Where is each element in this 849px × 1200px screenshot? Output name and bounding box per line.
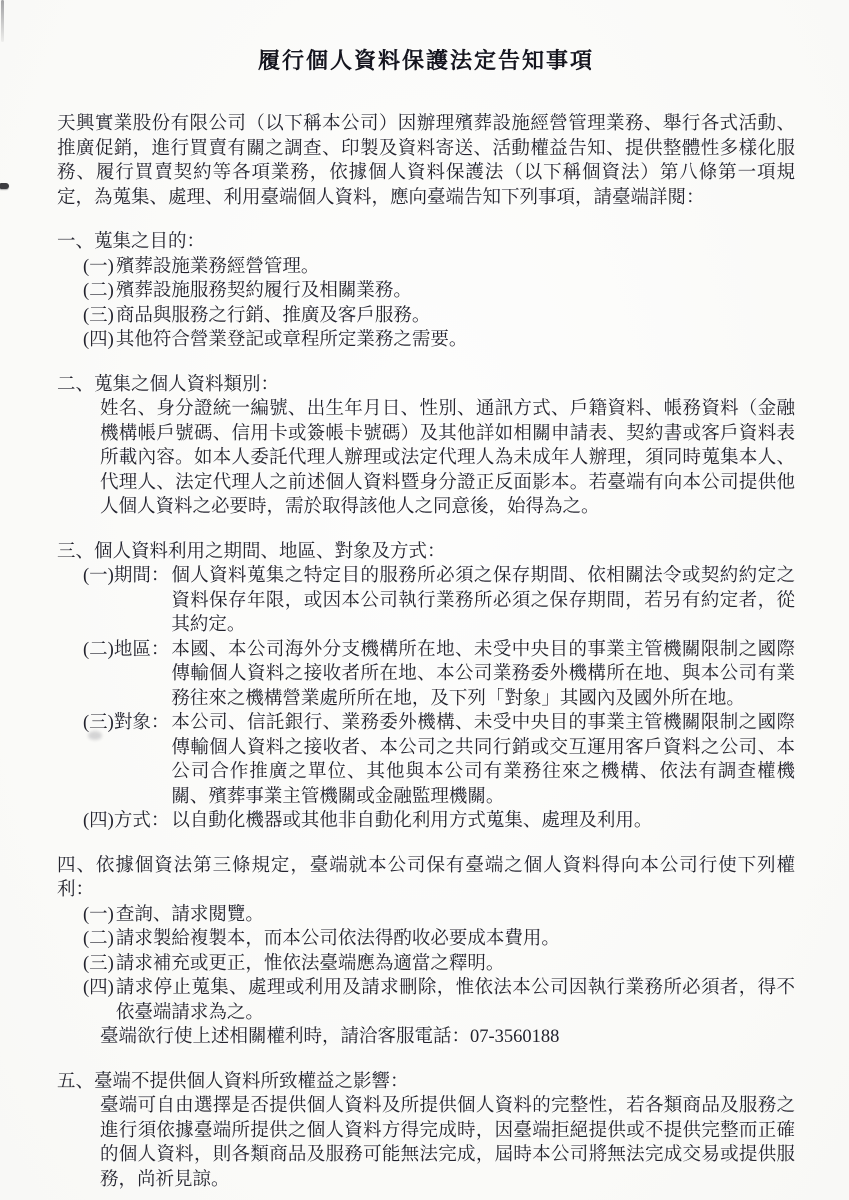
scan-artifact-edge-dash <box>0 183 9 189</box>
list-item: (三)對象： 本公司、信託銀行、業務委外機構、未受中央目的事業主管機關限制之國際… <box>57 711 795 809</box>
scanned-document-page: 履行個人資料保護法定告知事項 天興實業股份有限公司（以下稱本公司）因辦理殯葬設施… <box>0 0 849 1200</box>
list-item: (二) 殯葬設施服務契約履行及相關業務。 <box>57 279 795 304</box>
list-item: (一) 查詢、請求閱覽。 <box>57 903 795 928</box>
list-item-label: (四) <box>83 328 114 353</box>
list-item-label: (一) <box>83 255 114 280</box>
list-item-text: 請求製給複製本，而本公司依法得酌收必要成本費用。 <box>116 927 795 952</box>
section-body: 臺端可自由選擇是否提供個人資料及所提供個人資料的完整性，若各類商品及服務之進行須… <box>100 1094 795 1192</box>
list-item-text: 本公司、信託銀行、業務委外機構、未受中央目的事業主管機關限制之國際傳輸個人資料之… <box>171 711 795 809</box>
list-item-label: (二) <box>83 927 114 952</box>
list-item-text: 殯葬設施業務經營管理。 <box>116 255 795 280</box>
section-usage-scope: 三、個人資料利用之期間、地區、對象及方式： (一)期間： 個人資料蒐集之特定目的… <box>57 540 795 834</box>
list-item-label: (四)方式： <box>83 809 169 834</box>
document-title: 履行個人資料保護法定告知事項 <box>57 46 795 76</box>
list-item: (一) 殯葬設施業務經營管理。 <box>57 255 795 280</box>
list-item-label: (四) <box>83 976 114 1025</box>
list-item-text: 請求補充或更正，惟依法臺端應為適當之釋明。 <box>116 952 795 977</box>
list-item-label: (一) <box>83 903 114 928</box>
list-item: (三) 商品與服務之行銷、推廣及客戶服務。 <box>57 304 795 329</box>
section-body: 姓名、身分證統一編號、出生年月日、性別、通訊方式、戶籍資料、帳務資料（金融機構帳… <box>100 397 795 520</box>
list-item: (三) 請求補充或更正，惟依法臺端應為適當之釋明。 <box>57 952 795 977</box>
list-item-label: (二) <box>83 279 114 304</box>
list-item: (四) 其他符合營業登記或章程所定業務之需要。 <box>57 328 795 353</box>
list-item-text: 殯葬設施服務契約履行及相關業務。 <box>116 279 795 304</box>
list-item-label: (三)對象： <box>83 711 169 809</box>
list-item: (四) 請求停止蒐集、處理或利用及請求刪除，惟依法本公司因執行業務所必須者，得不… <box>57 976 795 1025</box>
list-item-label: (三) <box>83 304 114 329</box>
list-item-text: 其他符合營業登記或章程所定業務之需要。 <box>116 328 795 353</box>
intro-paragraph: 天興實業股份有限公司（以下稱本公司）因辦理殯葬設施經營管理業務、舉行各式活動、推… <box>57 112 795 210</box>
section-data-categories: 二、蒐集之個人資料類別： 姓名、身分證統一編號、出生年月日、性別、通訊方式、戶籍… <box>57 373 795 520</box>
section-collection-purpose: 一、蒐集之目的： (一) 殯葬設施業務經營管理。 (二) 殯葬設施服務契約履行及… <box>57 230 795 353</box>
list-item: (二) 請求製給複製本，而本公司依法得酌收必要成本費用。 <box>57 927 795 952</box>
section-heading: 五、臺端不提供個人資料所致權益之影響： <box>57 1070 795 1095</box>
section-heading: 二、蒐集之個人資料類別： <box>57 373 795 398</box>
list-item-label: (三) <box>83 952 114 977</box>
list-item-label: (一)期間： <box>83 564 169 638</box>
list-item-text: 商品與服務之行銷、推廣及客戶服務。 <box>116 304 795 329</box>
list-item-text: 以自動化機器或其他非自動化利用方式蒐集、處理及利用。 <box>171 809 795 834</box>
section-rights: 四、依據個資法第三條規定，臺端就本公司保有臺端之個人資料得向本公司行使下列權利：… <box>57 854 795 1050</box>
list-item-text: 請求停止蒐集、處理或利用及請求刪除，惟依法本公司因執行業務所必須者，得不依臺端請… <box>116 976 795 1025</box>
document-content: 履行個人資料保護法定告知事項 天興實業股份有限公司（以下稱本公司）因辦理殯葬設施… <box>57 0 795 1192</box>
section-heading: 一、蒐集之目的： <box>57 230 795 255</box>
list-item-text: 本國、本公司海外分支機構所在地、未受中央目的事業主管機關限制之國際傳輸個人資料之… <box>171 638 795 712</box>
list-item: (一)期間： 個人資料蒐集之特定目的服務所必須之保存期間、依相關法令或契約約定之… <box>57 564 795 638</box>
list-item-label: (二)地區： <box>83 638 169 712</box>
list-item: (二)地區： 本國、本公司海外分支機構所在地、未受中央目的事業主管機關限制之國際… <box>57 638 795 712</box>
list-item-text: 查詢、請求閱覽。 <box>116 903 795 928</box>
section-heading: 四、依據個資法第三條規定，臺端就本公司保有臺端之個人資料得向本公司行使下列權利： <box>57 854 795 903</box>
section-consequences: 五、臺端不提供個人資料所致權益之影響： 臺端可自由選擇是否提供個人資料及所提供個… <box>57 1070 795 1193</box>
scan-artifact-corner-streak <box>1 0 4 42</box>
list-item-text: 個人資料蒐集之特定目的服務所必須之保存期間、依相關法令或契約約定之資料保存年限，… <box>171 564 795 638</box>
list-item: (四)方式： 以自動化機器或其他非自動化利用方式蒐集、處理及利用。 <box>57 809 795 834</box>
section-heading: 三、個人資料利用之期間、地區、對象及方式： <box>57 540 795 565</box>
customer-service-note: 臺端欲行使上述相關權利時，請洽客服電話：07-3560188 <box>100 1025 795 1050</box>
